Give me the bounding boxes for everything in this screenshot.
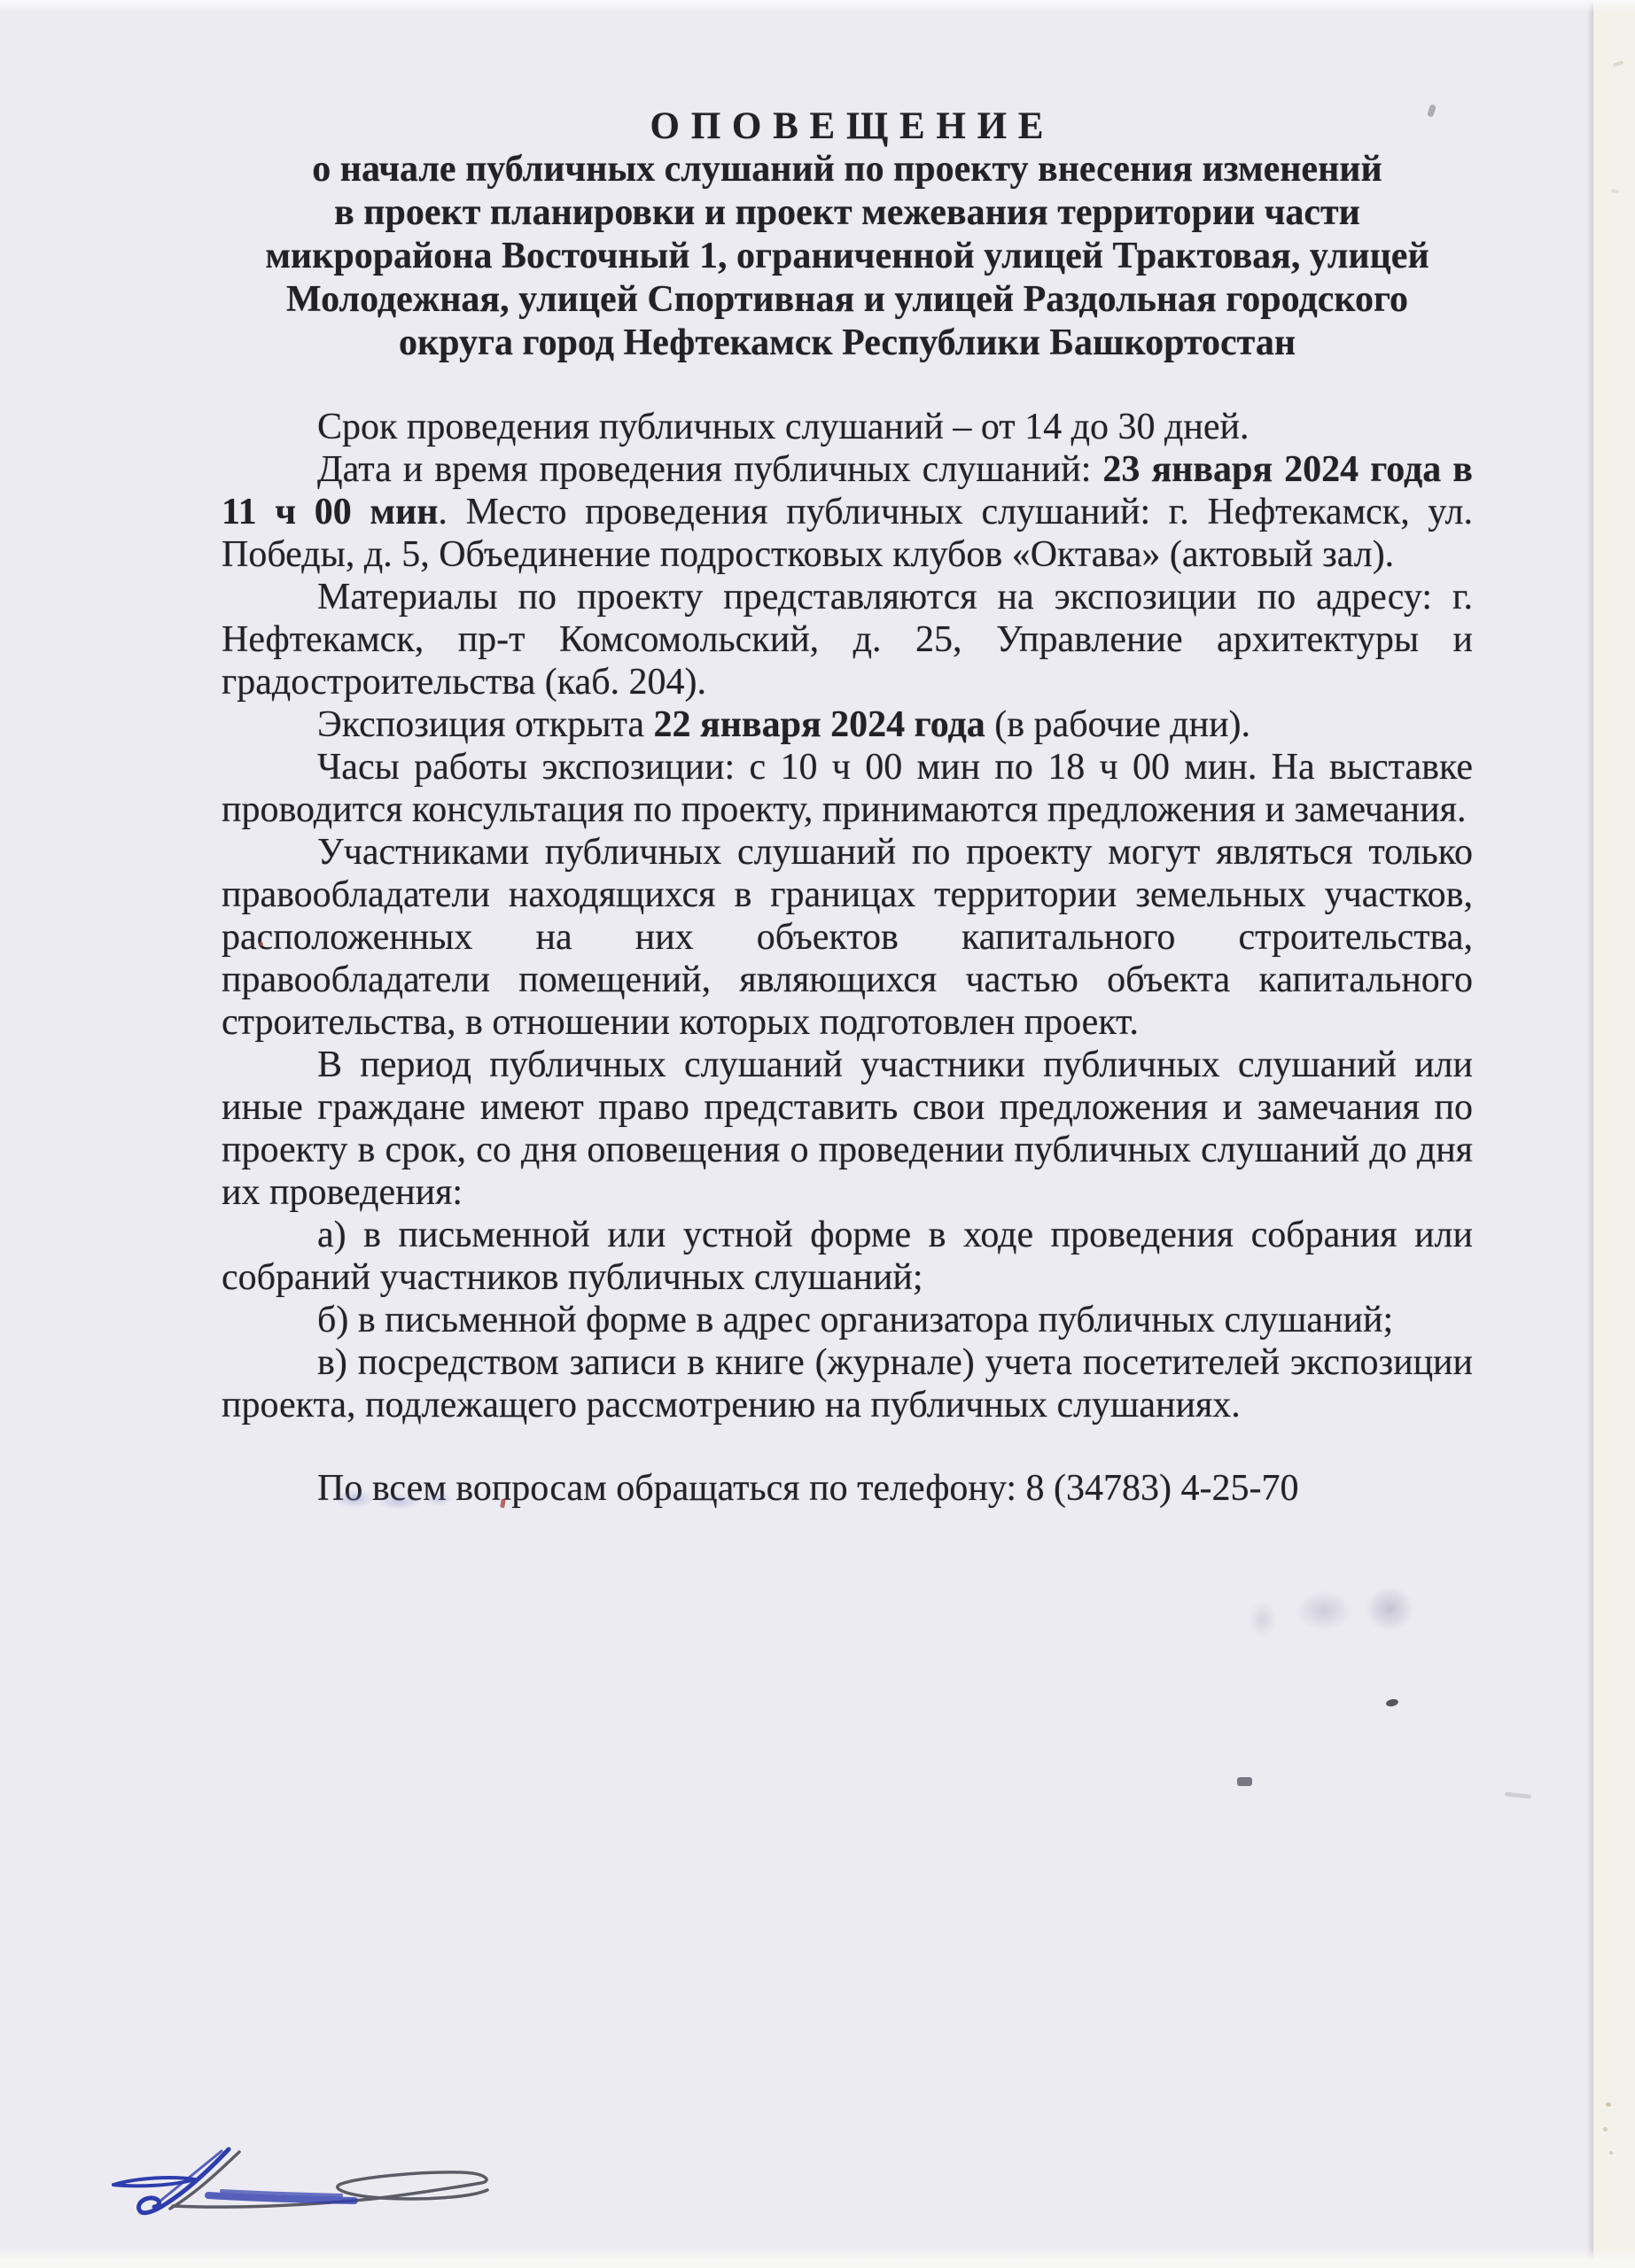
scan-artifact: [1385, 1698, 1398, 1708]
scan-artifact: [1365, 1586, 1414, 1632]
subtitle-line: Молодежная, улицей Спортивная и улицей Р…: [222, 278, 1473, 322]
scanner-edge-right: [1593, 0, 1635, 2268]
scan-artifact: [1505, 1791, 1531, 1798]
paragraph: Срок проведения публичных слушаний – от …: [222, 406, 1473, 448]
paragraph: Материалы по проекту представляются на э…: [222, 576, 1473, 703]
document-body: О П О В Е Щ Е Н И Е о начале публичных с…: [222, 105, 1473, 1510]
document-title: О П О В Е Щ Е Н И Е: [222, 105, 1473, 148]
scan-artifact: [1296, 1590, 1352, 1631]
body-paragraphs: Срок проведения публичных слушаний – от …: [222, 406, 1473, 1510]
paragraph: Экспозиция открыта 22 января 2024 года (…: [222, 703, 1473, 746]
subtitle-line: микрорайона Восточный 1, ограниченной ул…: [222, 235, 1473, 278]
paragraph: Участниками публичных слушаний по проект…: [222, 831, 1473, 1044]
handwritten-signature: [89, 2117, 514, 2241]
paragraph: Часы работы экспозиции: с 10 ч 00 мин по…: [222, 746, 1473, 831]
subtitle-line: округа город Нефтекамск Республики Башко…: [222, 322, 1473, 365]
paragraph: Дата и время проведения публичных слушан…: [222, 448, 1473, 576]
scanner-edge-top: [0, 0, 1635, 12]
scanner-edge-bottom: [0, 2249, 1635, 2268]
subtitle-line: о начале публичных слушаний по проекту в…: [222, 148, 1473, 191]
paragraph: в) посредством записи в книге (журнале) …: [222, 1341, 1473, 1426]
document-subtitle: о начале публичных слушаний по проекту в…: [222, 148, 1473, 365]
paragraph: По всем вопросам обращаться по телефону:…: [222, 1467, 1473, 1510]
paragraph: б) в письменной форме в адрес организато…: [222, 1299, 1473, 1341]
paragraph: В период публичных слушаний участники пу…: [222, 1044, 1473, 1214]
paragraph: а) в письменной или устной форме в ходе …: [222, 1214, 1473, 1299]
subtitle-line: в проект планировки и проект межевания т…: [222, 191, 1473, 235]
scan-artifact: [1237, 1777, 1252, 1786]
scan-artifact: [1248, 1600, 1278, 1639]
scanned-document-page: { "page": { "kind": "scanned-paper-annou…: [0, 0, 1635, 2268]
